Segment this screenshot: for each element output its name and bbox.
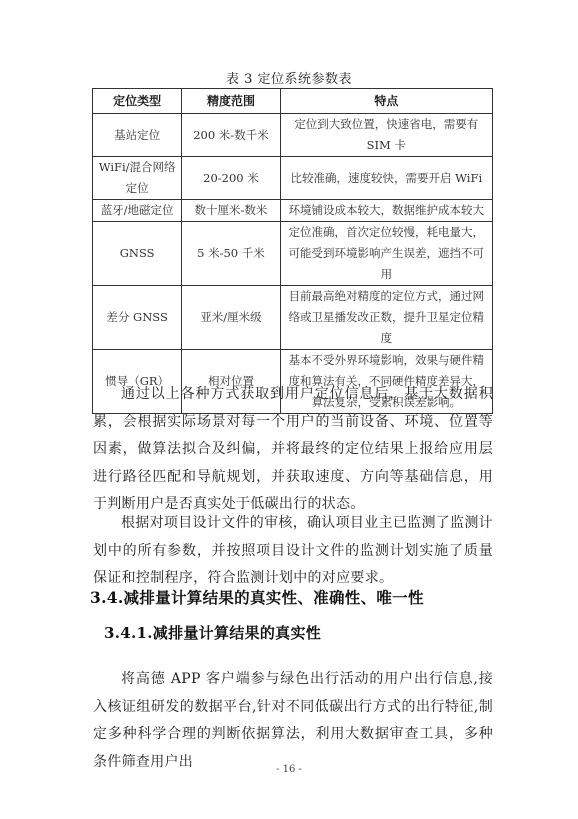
cell-features: 环境铺设成本较大，数据维护成本较大: [280, 200, 492, 222]
header-features: 特点: [280, 89, 492, 114]
cell-precision: 数十厘米-数米: [182, 200, 280, 222]
cell-type: 蓝牙/地磁定位: [93, 200, 182, 222]
subsection-heading: 3.4.1.减排量计算结果的真实性: [104, 622, 321, 643]
table-row: GNSS 5 米-50 千米 定位准确，首次定位较慢，耗电量大，可能受到环境影响…: [93, 222, 493, 286]
cell-precision: 200 米-数千米: [182, 114, 280, 157]
table-row: WiFi/混合网络定位 20-200 米 比较准确，速度较快，需要开启 WiFi: [93, 157, 493, 200]
body-paragraph: 根据对项目设计文件的审核，确认项目业主已监测了监测计划中的所有参数，并按照项目设…: [93, 510, 493, 593]
cell-type: 基站定位: [93, 114, 182, 157]
cell-precision: 亚米/厘米级: [182, 286, 280, 350]
cell-precision: 20-200 米: [182, 157, 280, 200]
table-caption: 表 3 定位系统参数表: [0, 68, 578, 87]
body-paragraph: 通过以上各种方式获取到用户定位信息后，基于大数据积累，会根据实际场景对每一个用户…: [93, 381, 493, 519]
cell-features: 定位准确，首次定位较慢，耗电量大，可能受到环境影响产生误差，遮挡不可用: [280, 222, 492, 286]
body-paragraph: 将高德 APP 客户端参与绿色出行活动的用户出行信息,接入核证组研发的数据平台,…: [93, 666, 493, 776]
section-heading: 3.4.减排量计算结果的真实性、准确性、唯一性: [90, 586, 424, 608]
positioning-params-table: 定位类型 精度范围 特点 基站定位 200 米-数千米 定位到大致位置，快速省电…: [92, 88, 493, 414]
cell-type: GNSS: [93, 222, 182, 286]
cell-features: 目前最高绝对精度的定位方式，通过网络或卫星播发改正数，提升卫星定位精度: [280, 286, 492, 350]
cell-type: WiFi/混合网络定位: [93, 157, 182, 200]
table-row: 基站定位 200 米-数千米 定位到大致位置，快速省电，需要有 SIM 卡: [93, 114, 493, 157]
header-positioning-type: 定位类型: [93, 89, 182, 114]
table-header-row: 定位类型 精度范围 特点: [93, 89, 493, 114]
cell-precision: 5 米-50 千米: [182, 222, 280, 286]
cell-features: 定位到大致位置，快速省电，需要有 SIM 卡: [280, 114, 492, 157]
cell-type: 差分 GNSS: [93, 286, 182, 350]
table-row: 蓝牙/地磁定位 数十厘米-数米 环境铺设成本较大，数据维护成本较大: [93, 200, 493, 222]
cell-features: 比较准确，速度较快，需要开启 WiFi: [280, 157, 492, 200]
header-precision-range: 精度范围: [182, 89, 280, 114]
table-row: 差分 GNSS 亚米/厘米级 目前最高绝对精度的定位方式，通过网络或卫星播发改正…: [93, 286, 493, 350]
document-page: 表 3 定位系统参数表 定位类型 精度范围 特点 基站定位 200 米-数千米 …: [0, 0, 578, 819]
page-number: - 16 -: [0, 764, 578, 775]
